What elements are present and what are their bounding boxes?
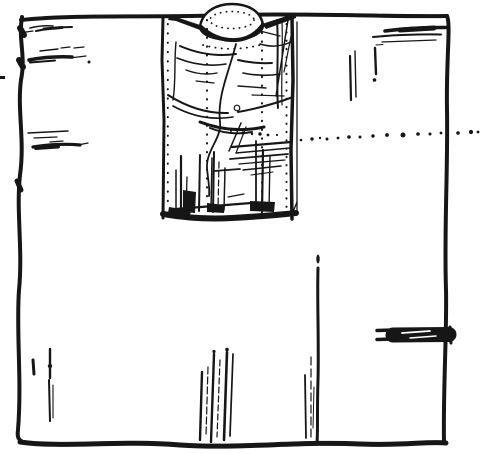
plug: [168, 4, 296, 205]
grain-bottom-right: [305, 255, 320, 444]
tall-grain-line: [317, 268, 318, 443]
engraving-canvas: [0, 0, 480, 454]
hatch-mid-left: [28, 131, 88, 148]
grain-bottom-center: [200, 348, 233, 442]
right-border-bar: [377, 327, 451, 343]
plug-diagonal-strokes: [256, 20, 293, 96]
dotted-guide-line: [230, 130, 479, 141]
hatch-top-right: [373, 27, 447, 45]
channel-right-wall: [291, 18, 293, 219]
plug-grain-arcs: [168, 46, 293, 133]
plug-small-ring: [234, 105, 240, 111]
engraving-figure: [0, 0, 480, 454]
frame: [0, 14, 449, 446]
grain-strokes-upper-right: [350, 48, 376, 100]
plug-left-edge: [173, 42, 176, 100]
grain-bottom-left: [33, 349, 53, 421]
frame-bottom: [20, 442, 446, 446]
plug-right-edge: [277, 20, 278, 108]
channel-left-wall: [162, 18, 164, 218]
frame-left-knot-2: [19, 60, 23, 67]
frame-left: [18, 17, 26, 443]
plug-shoulder-dotted-rim: [203, 44, 264, 49]
frame-right: [444, 16, 449, 443]
hatch-top-left: [26, 26, 91, 64]
frame-left-knot-1: [20, 28, 24, 35]
edge-speck: [0, 76, 5, 79]
